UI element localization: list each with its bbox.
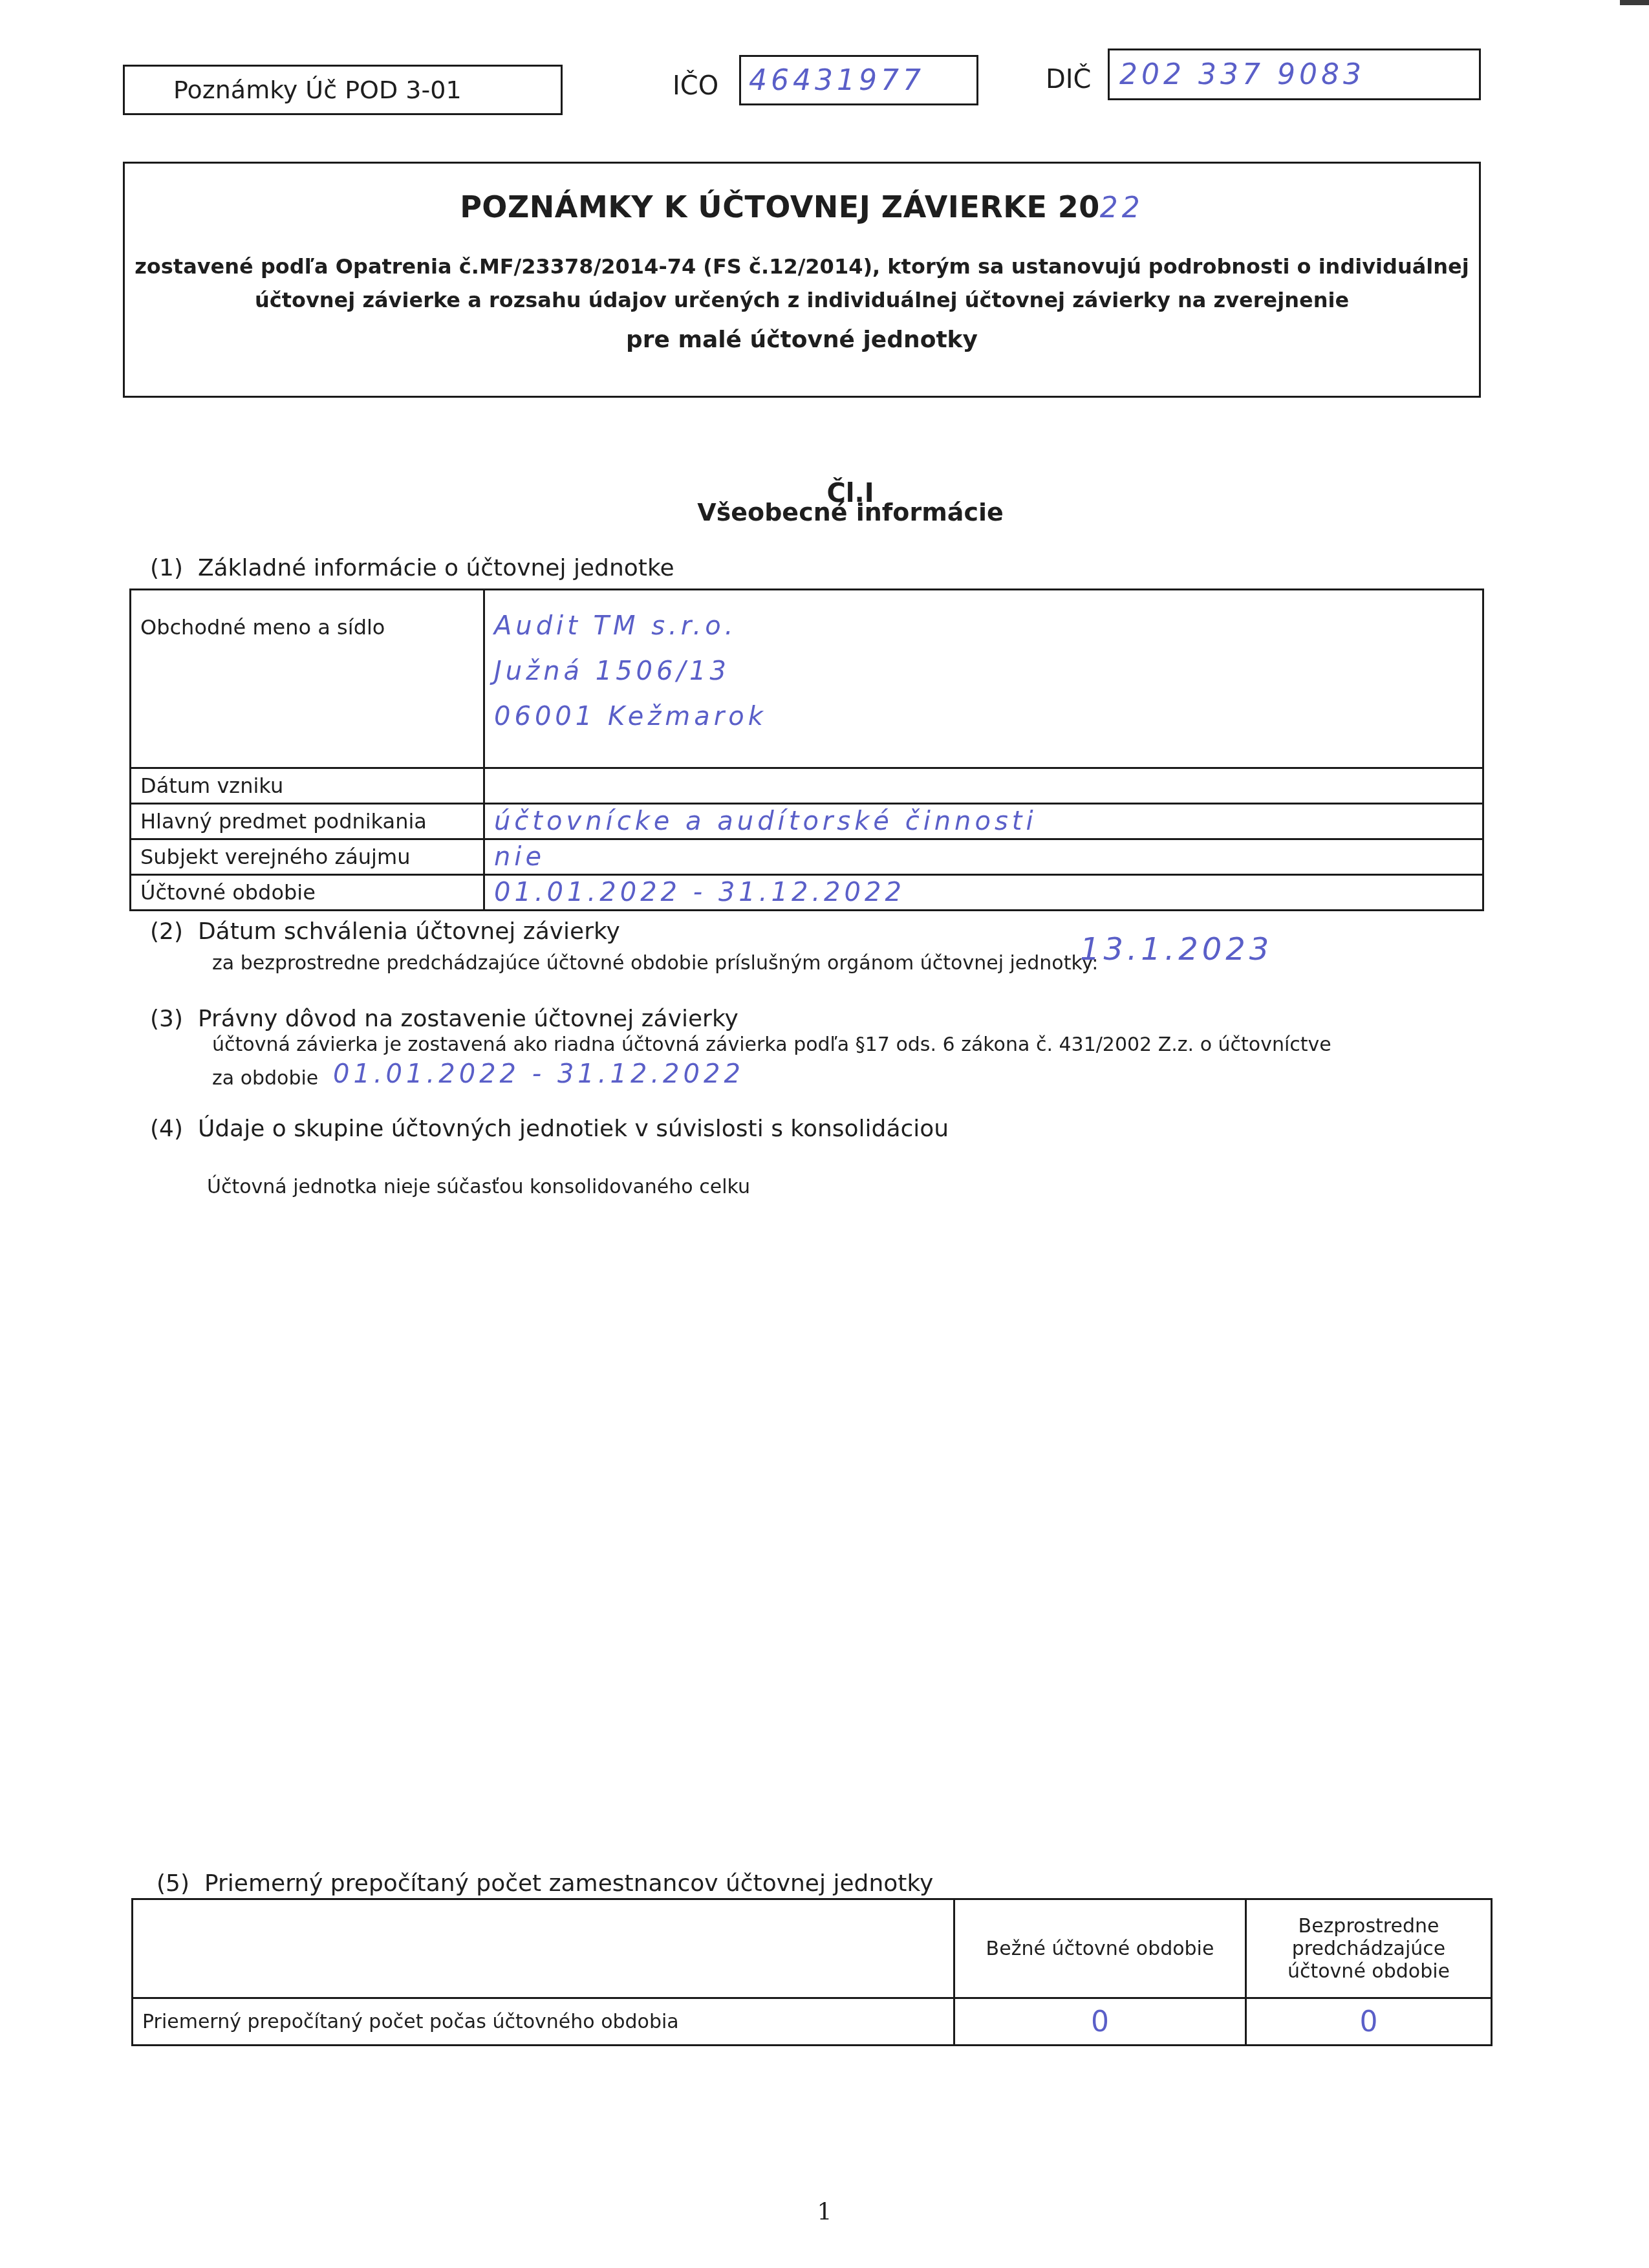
table-row: Hlavný predmet podnikania účtovnícke a a…	[131, 804, 1483, 839]
table-row: Účtovné obdobie 01.01.2022 - 31.12.2022	[131, 875, 1483, 911]
section-3-number: (3)	[150, 1006, 183, 1032]
public-interest-field[interactable]: nie	[484, 839, 1483, 875]
row-label: Priemerný prepočítaný počet počas účtovn…	[133, 1998, 954, 2046]
company-city: 06001 Kežmarok	[494, 694, 1473, 739]
section-4-text: Účtovná jednotka nieje súčasťou konsolid…	[207, 1176, 750, 1198]
table-row: Obchodné meno a sídlo Audit TM s.r.o. Ju…	[131, 590, 1483, 768]
ico-value: 46431977	[749, 64, 925, 97]
section-4-number: (4)	[150, 1116, 183, 1142]
row-label: Dátum vzniku	[131, 768, 484, 804]
ico-field[interactable]: 46431977	[739, 55, 978, 105]
section-1-title: Základné informácie o účtovnej jednotke	[198, 555, 674, 581]
employees-table: Bežné účtovné obdobie Bezprostredne pred…	[131, 1898, 1493, 2046]
approval-date-field[interactable]: 13.1.2023	[1080, 931, 1273, 967]
section-2-title: Dátum schválenia účtovnej závierky	[198, 918, 620, 945]
section-5-title: Priemerný prepočítaný počet zamestnancov…	[204, 1870, 933, 1897]
form-code: Poznámky Úč POD 3-01	[173, 76, 462, 104]
section-3-text: účtovná závierka je zostavená ako riadna…	[212, 1033, 1331, 1056]
section-3-heading: (3) Právny dôvod na zostavenie účtovnej …	[150, 1006, 738, 1032]
basic-info-table: Obchodné meno a sídlo Audit TM s.r.o. Ju…	[129, 589, 1484, 911]
table-row: Priemerný prepočítaný počet počas účtovn…	[133, 1998, 1492, 2046]
row-label: Účtovné obdobie	[131, 875, 484, 911]
section-2-heading: (2) Dátum schválenia účtovnej závierky	[150, 918, 620, 945]
scan-edge-mark	[1620, 0, 1649, 5]
company-name-address-field[interactable]: Audit TM s.r.o. Južná 1506/13 06001 Kežm…	[484, 590, 1483, 768]
founding-date-field[interactable]	[484, 768, 1483, 804]
column-header-previous: Bezprostredne predchádzajúce účtovné obd…	[1246, 1899, 1492, 1998]
section-4-heading: (4) Údaje o skupine účtovných jednotiek …	[150, 1116, 949, 1142]
ico-label: IČO	[673, 71, 718, 101]
current-period-count-field[interactable]: 0	[954, 1998, 1246, 2046]
column-header-blank	[133, 1899, 954, 1998]
document-title: POZNÁMKY K ÚČTOVNEJ ZÁVIERKE 2022	[125, 189, 1479, 224]
row-label: Hlavný predmet podnikania	[131, 804, 484, 839]
row-label: Subjekt verejného záujmu	[131, 839, 484, 875]
main-business-field[interactable]: účtovnícke a audítorské činnosti	[484, 804, 1483, 839]
column-header-current: Bežné účtovné obdobie	[954, 1899, 1246, 1998]
subtitle-line-3: pre malé účtovné jednotky	[125, 327, 1479, 353]
period-label: za obdobie	[212, 1067, 318, 1090]
subtitle-line-2: účtovnej závierke a rozsahu údajov určen…	[125, 288, 1479, 312]
section-2-text: za bezprostredne predchádzajúce účtovné …	[212, 952, 1098, 975]
section-5-heading: (5) Priemerný prepočítaný počet zamestna…	[156, 1870, 933, 1897]
table-row: Subjekt verejného záujmu nie	[131, 839, 1483, 875]
title-text: POZNÁMKY K ÚČTOVNEJ ZÁVIERKE 20	[460, 189, 1100, 224]
section-1-heading: (1) Základné informácie o účtovnej jedno…	[150, 555, 674, 581]
section-3-title: Právny dôvod na zostavenie účtovnej závi…	[198, 1006, 738, 1032]
accounting-period-field[interactable]: 01.01.2022 - 31.12.2022	[484, 875, 1483, 911]
dic-field[interactable]: 202 337 9083	[1108, 49, 1481, 100]
section-4-title: Údaje o skupine účtovných jednotiek v sú…	[198, 1116, 949, 1142]
company-name: Audit TM s.r.o.	[494, 603, 1473, 649]
section-1-number: (1)	[150, 555, 183, 581]
dic-label: DIČ	[1046, 65, 1092, 94]
subtitle-line-1: zostavené podľa Opatrenia č.MF/23378/201…	[125, 254, 1479, 279]
dic-value: 202 337 9083	[1119, 58, 1365, 91]
section-2-number: (2)	[150, 918, 183, 945]
table-header-row: Bežné účtovné obdobie Bezprostredne pred…	[133, 1899, 1492, 1998]
page-number: 1	[0, 2199, 1649, 2225]
table-row: Dátum vzniku	[131, 768, 1483, 804]
period-value-field[interactable]: 01.01.2022 - 31.12.2022	[333, 1059, 744, 1089]
title-box: POZNÁMKY K ÚČTOVNEJ ZÁVIERKE 2022 zostav…	[123, 162, 1481, 398]
title-year-handwritten: 22	[1100, 191, 1144, 224]
section-5-number: (5)	[156, 1870, 189, 1897]
row-label: Obchodné meno a sídlo	[131, 590, 484, 768]
article-title: Všeobecné informácie	[0, 498, 1649, 526]
previous-period-count-field[interactable]: 0	[1246, 1998, 1492, 2046]
company-street: Južná 1506/13	[494, 649, 1473, 694]
form-code-box: Poznámky Úč POD 3-01	[123, 65, 563, 115]
